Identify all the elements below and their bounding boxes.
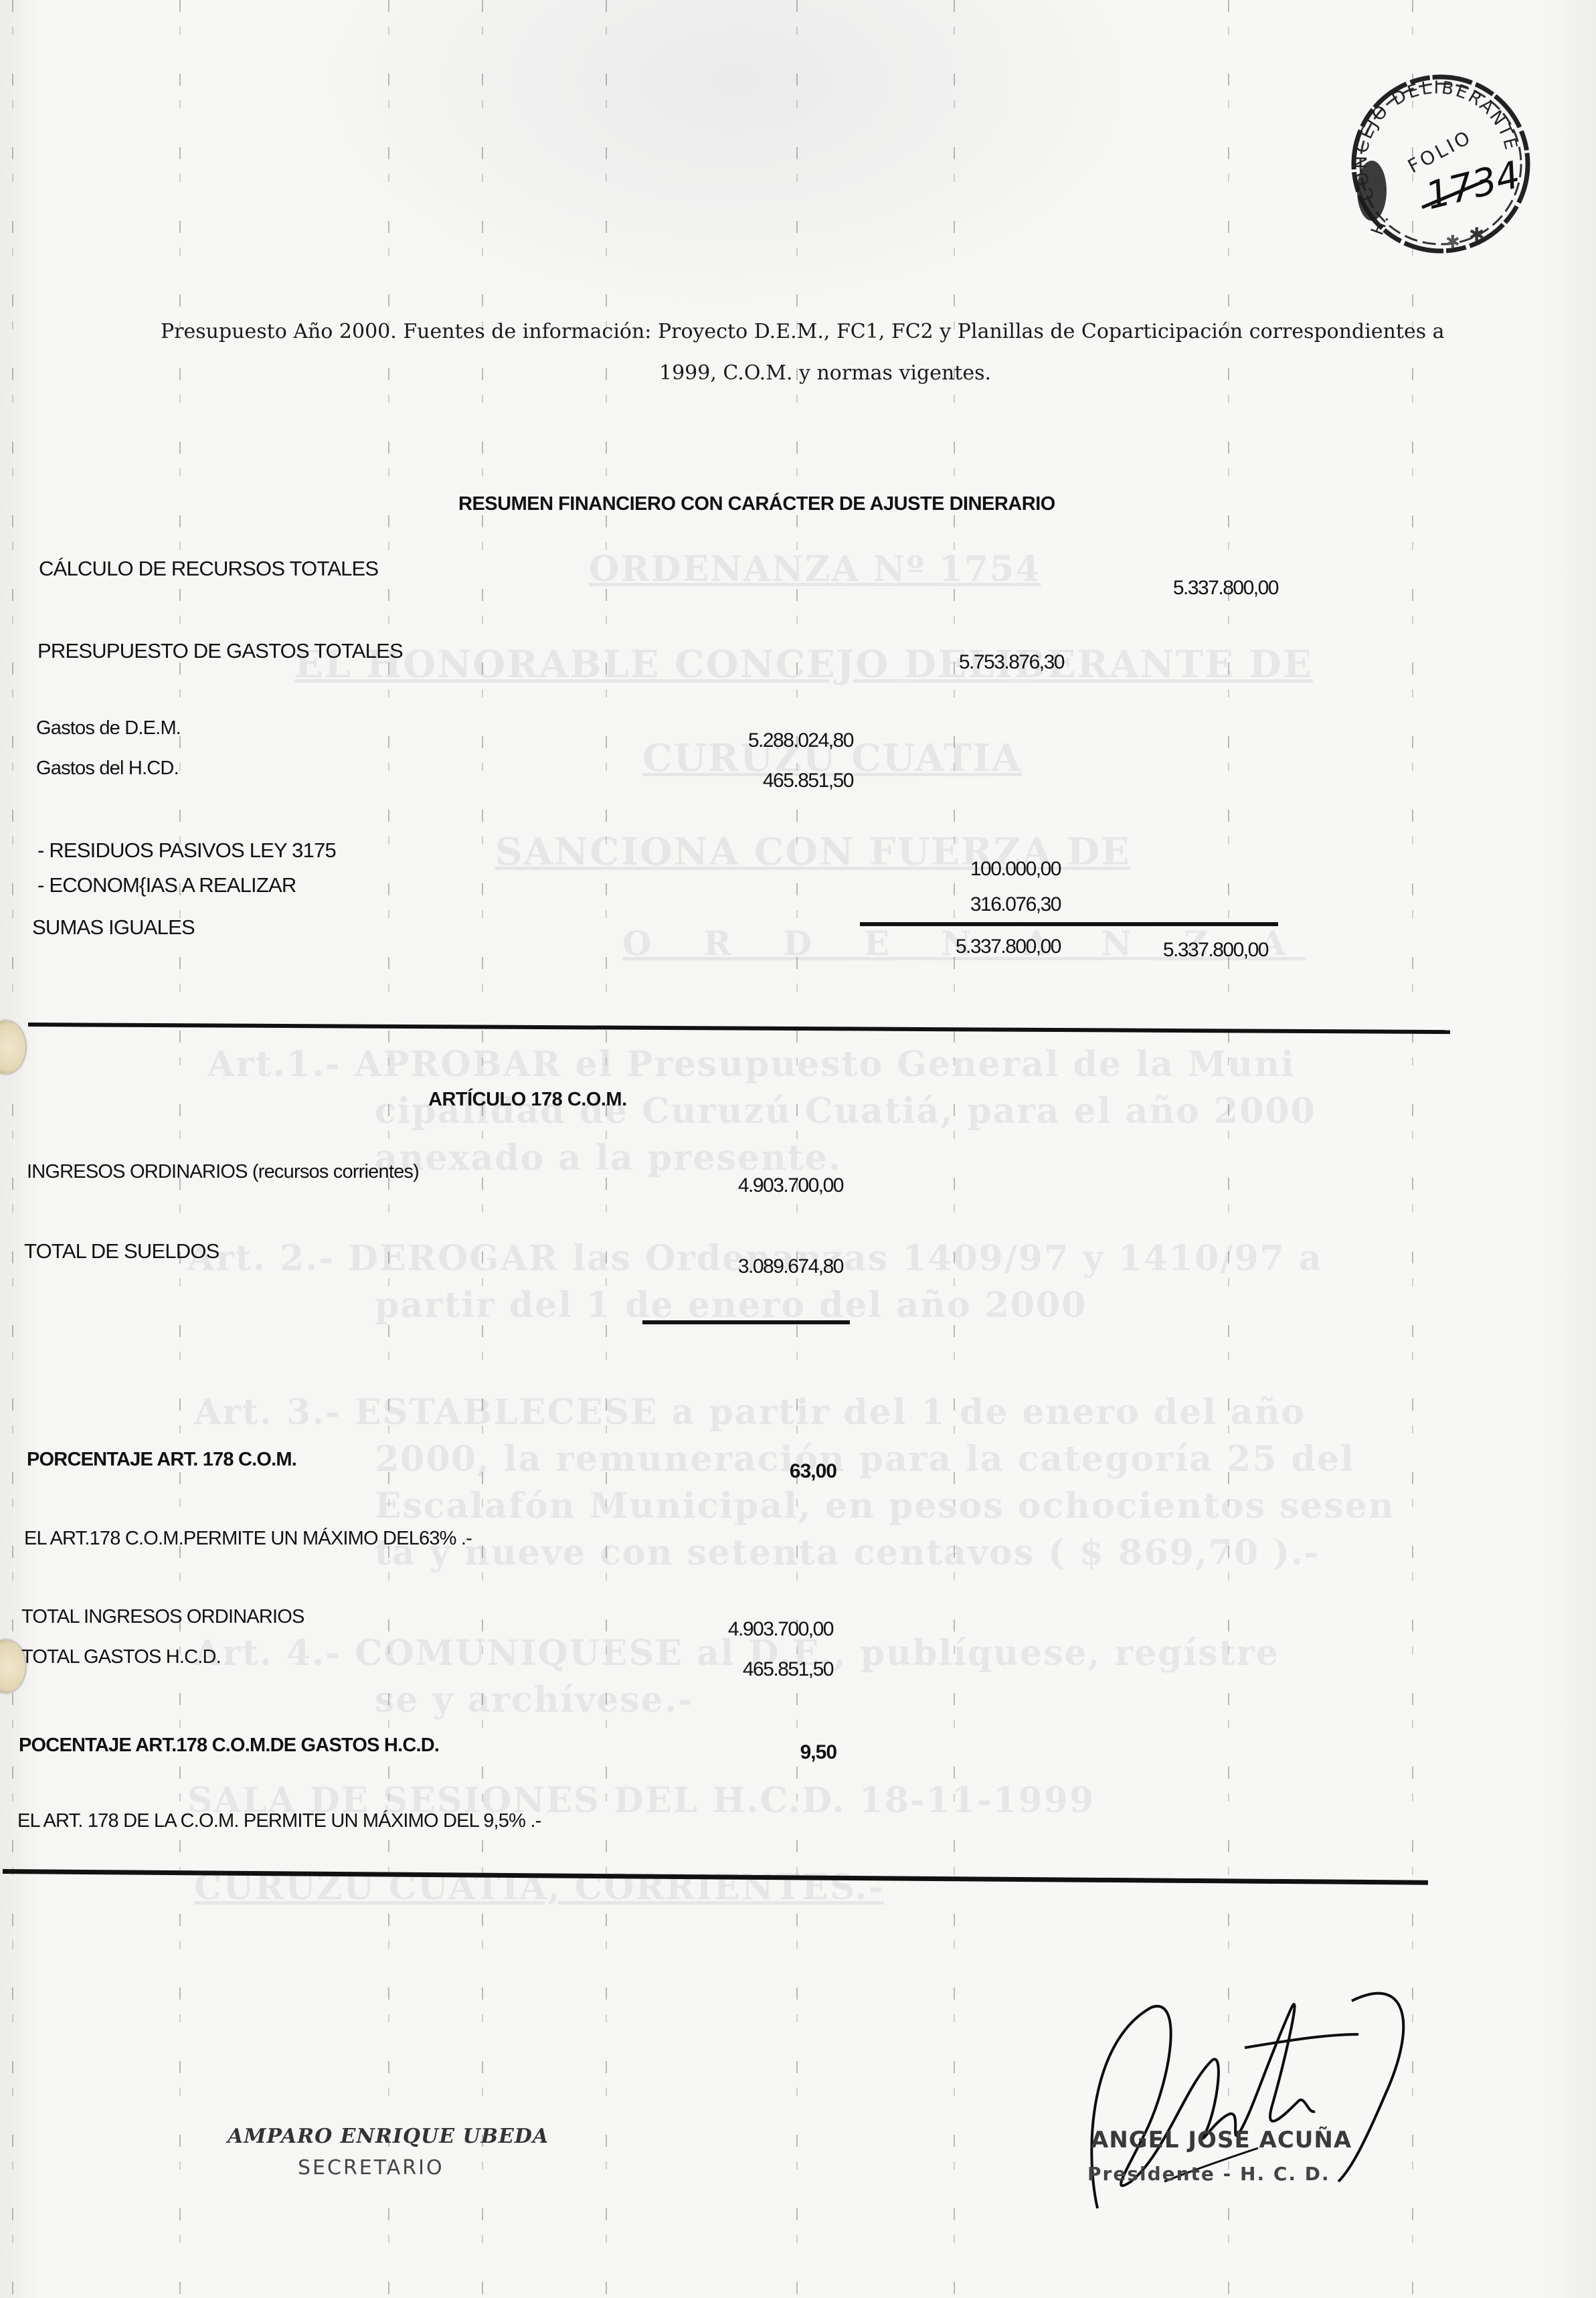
total-ingresos-value: 4.903.700,00: [683, 1618, 833, 1641]
sumas-label: SUMAS IGUALES: [32, 915, 195, 940]
recursos-value: 5.337.800,00: [1138, 577, 1278, 600]
subtotal-rule: [860, 922, 1278, 926]
star-icon: ✱: [1469, 224, 1484, 245]
secretario-role: SECRETARIO: [298, 2156, 444, 2180]
sueldos-value: 3.089.674,80: [686, 1255, 843, 1278]
bleed-through-text: se y archívese.-: [375, 1680, 693, 1720]
header-line-2: 1999, C.O.M. y normas vigentes.: [659, 361, 991, 385]
bleed-through-text: Escalafón Municipal, en pesos ochociento…: [375, 1486, 1395, 1526]
sumas-value-right: 5.337.800,00: [1124, 939, 1268, 962]
scan-streak: [179, 0, 181, 2298]
section-divider: [28, 1023, 1450, 1034]
resumen-title: RESUMEN FINANCIERO CON CARÁCTER DE AJUST…: [458, 493, 1055, 515]
header-line-1: Presupuesto Año 2000. Fuentes de informa…: [161, 320, 1445, 343]
porcentaje-hcd-value: 9,50: [756, 1741, 836, 1764]
star-icon: ✱: [1445, 232, 1460, 252]
scan-streak: [12, 0, 13, 2298]
total-gastos-hcd-value: 465.851,50: [683, 1658, 833, 1681]
sumas-value-left: 5.337.800,00: [917, 936, 1061, 958]
recursos-label: CÁLCULO DE RECURSOS TOTALES: [39, 557, 378, 581]
sueldos-label: TOTAL DE SUELDOS: [24, 1239, 219, 1263]
bleed-through-text: 2000, la remuneración para la categoría …: [375, 1439, 1355, 1480]
bleed-through-text: EL HONORABLE CONCEJO DELIBERANTE DE: [294, 642, 1313, 687]
porcentaje-label: PORCENTAJE ART. 178 C.O.M.: [27, 1449, 296, 1471]
division-rule: [642, 1320, 850, 1324]
bleed-through-text: ORDENANZA Nº 1754: [589, 549, 1041, 590]
gastos-hcd-label: Gastos del H.CD.: [36, 758, 179, 780]
total-gastos-hcd-label: TOTAL GASTOS H.C.D.: [21, 1646, 221, 1668]
gastos-dem-label: Gastos de D.E.M.: [36, 717, 181, 739]
gastos-hcd-value: 465.851,50: [696, 770, 853, 792]
articulo-title: ARTÍCULO 178 C.O.M.: [428, 1089, 627, 1111]
porcentaje-value: 63,00: [756, 1460, 836, 1483]
scan-streak: [1228, 0, 1229, 2298]
scan-streak: [1412, 0, 1413, 2298]
nota-maximo-9-5: EL ART. 178 DE LA C.O.M. PERMITE UN MÁXI…: [17, 1810, 541, 1832]
secretario-name: AMPARO ENRIQUE UBEDA: [228, 2125, 549, 2148]
gastos-totales-label: PRESUPUESTO DE GASTOS TOTALES: [37, 639, 403, 663]
punch-hole: [0, 1021, 25, 1074]
bleed-through-text: Art.1.- APROBAR el Presupuesto General d…: [207, 1044, 1296, 1085]
porcentaje-hcd-label: POCENTAJE ART.178 C.O.M.DE GASTOS H.C.D.: [19, 1735, 439, 1757]
ingresos-value: 4.903.700,00: [689, 1174, 843, 1197]
residuos-value: 100.000,00: [930, 858, 1061, 881]
gastos-totales-value: 5.753.876,30: [910, 651, 1064, 674]
gastos-dem-value: 5.288.024,80: [696, 729, 853, 752]
ingresos-label: INGRESOS ORDINARIOS (recursos corrientes…: [27, 1161, 419, 1183]
residuos-label: - RESIDUOS PASIVOS LEY 3175: [37, 838, 336, 863]
economias-value: 316.076,30: [930, 893, 1061, 916]
bleed-through-text: ta y nueve con setenta centavos ( $ 869,…: [375, 1532, 1320, 1573]
bleed-through-text: partir del 1 de enero del año 2000: [375, 1285, 1087, 1326]
presidente-name: ANGEL JOSE ACUÑA: [1091, 2127, 1352, 2153]
scanned-page: ORDENANZA Nº 1754 EL HONORABLE CONCEJO D…: [0, 0, 1596, 2298]
president-signature: [1071, 1981, 1432, 2222]
economias-label: - ECONOM{IAS A REALIZAR: [37, 873, 296, 897]
bleed-through-text: anexado a la presente.: [375, 1138, 842, 1178]
scan-streak: [954, 0, 955, 2298]
nota-maximo-63: EL ART.178 C.O.M.PERMITE UN MÁXIMO DEL63…: [24, 1528, 472, 1550]
presidente-role: Presidente - H. C. D.: [1087, 2163, 1330, 2185]
total-ingresos-label: TOTAL INGRESOS ORDINARIOS: [21, 1606, 304, 1628]
bleed-through-text: Art. 3.- ESTABLECESE a partir del 1 de e…: [194, 1392, 1306, 1433]
